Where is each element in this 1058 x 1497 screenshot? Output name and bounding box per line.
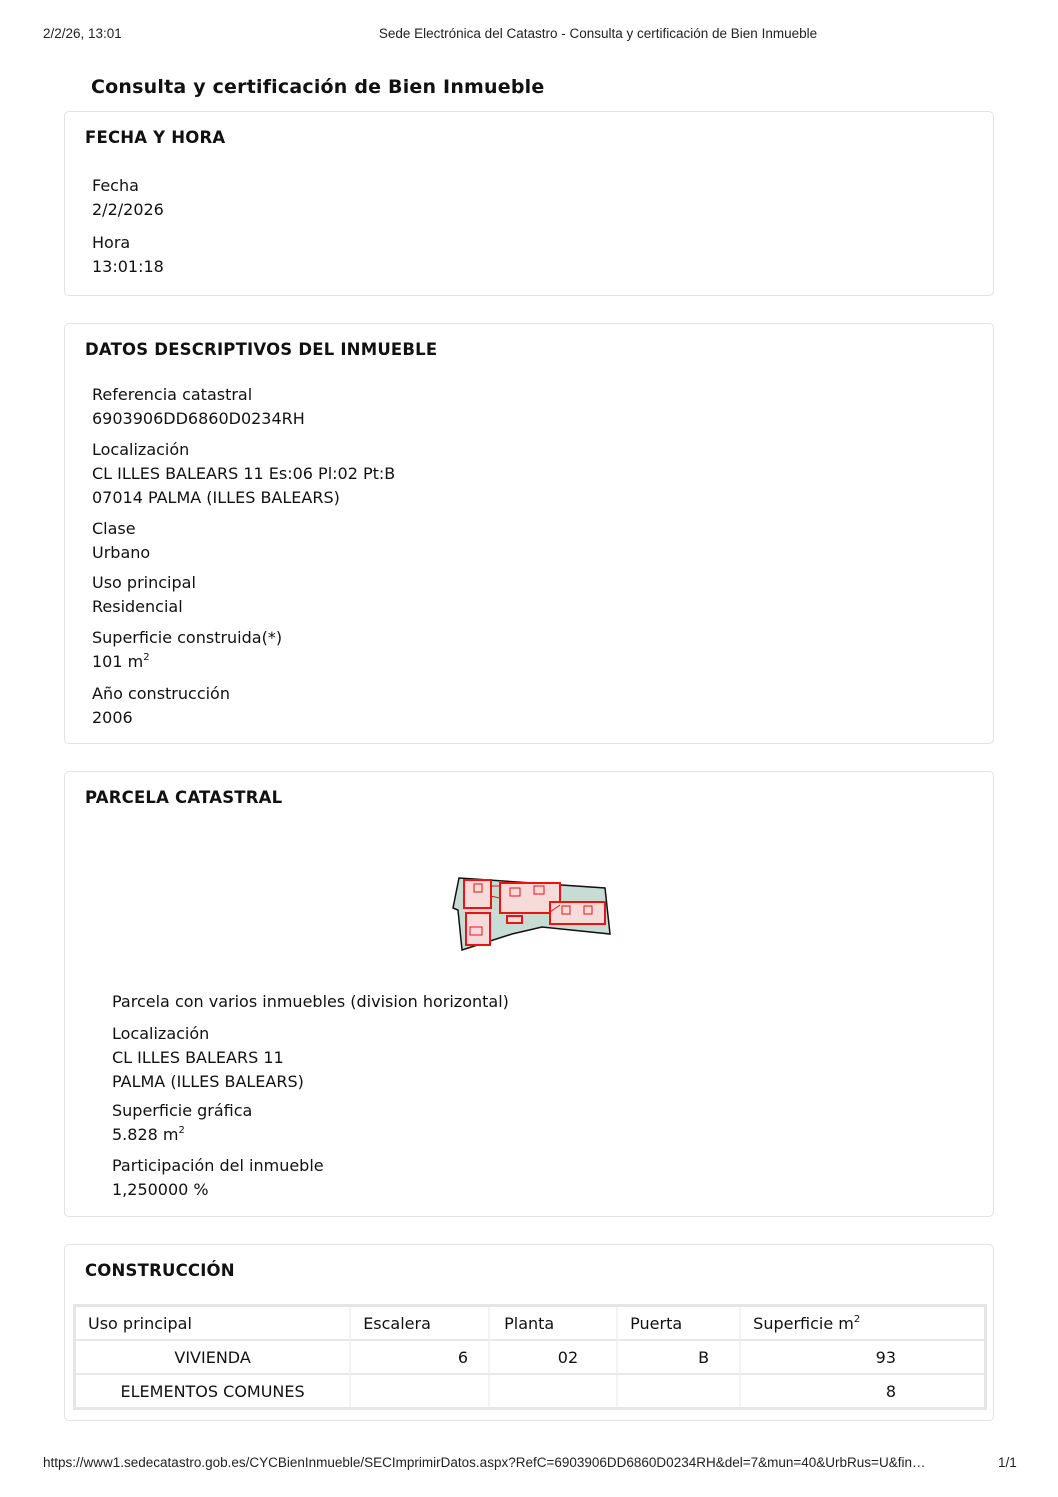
cell-planta <box>490 1375 618 1407</box>
anio-label: Año construcción <box>92 682 230 706</box>
col-puerta: Puerta <box>618 1307 741 1341</box>
parcela-localizacion-line2: PALMA (ILLES BALEARS) <box>112 1070 304 1094</box>
col-superficie: Superficie m2 <box>741 1307 984 1341</box>
hora-field: Hora 13:01:18 <box>92 231 164 279</box>
division-field: Parcela con varios inmuebles (division h… <box>112 990 509 1014</box>
print-header: 2/2/26, 13:01 Sede Electrónica del Catas… <box>0 26 1058 46</box>
localizacion-field: Localización CL ILLES BALEARS 11 Es:06 P… <box>92 438 395 510</box>
participacion-value: 1,250000 % <box>112 1178 324 1202</box>
referencia-field: Referencia catastral 6903906DD6860D0234R… <box>92 383 305 431</box>
localizacion-label: Localización <box>92 438 395 462</box>
anio-field: Año construcción 2006 <box>92 682 230 730</box>
superficie-grafica-field: Superficie gráfica 5.828 m2 <box>112 1099 252 1147</box>
superficie-number: 101 m <box>92 652 143 671</box>
table-row: VIVIENDA 6 02 B 93 <box>76 1341 984 1375</box>
col-superficie-label: Superficie m <box>753 1314 854 1333</box>
uso-value: Residencial <box>92 595 196 619</box>
construccion-heading: CONSTRUCCIÓN <box>85 1261 235 1280</box>
cell-uso: ELEMENTOS COMUNES <box>76 1375 351 1407</box>
cell-superficie: 93 <box>741 1341 984 1375</box>
fecha-label: Fecha <box>92 174 164 198</box>
parcela-heading: PARCELA CATASTRAL <box>85 788 282 807</box>
print-footer: https://www1.sedecatastro.gob.es/CYCBien… <box>0 1455 1058 1475</box>
table-header-row: Uso principal Escalera Planta Puerta Sup… <box>76 1307 984 1341</box>
datos-heading: DATOS DESCRIPTIVOS DEL INMUEBLE <box>85 340 437 359</box>
clase-field: Clase Urbano <box>92 517 150 565</box>
cell-uso: VIVIENDA <box>76 1341 351 1375</box>
fecha-hora-heading: FECHA Y HORA <box>85 128 225 147</box>
superficie-value: 101 m2 <box>92 650 282 674</box>
col-superficie-exponent: 2 <box>854 1314 860 1325</box>
superficie-label: Superficie construida(*) <box>92 626 282 650</box>
clase-value: Urbano <box>92 541 150 565</box>
datos-descriptivos-panel: DATOS DESCRIPTIVOS DEL INMUEBLE Referenc… <box>64 323 994 744</box>
superficie-exponent: 2 <box>143 652 149 663</box>
participacion-label: Participación del inmueble <box>112 1154 324 1178</box>
col-uso-principal: Uso principal <box>76 1307 351 1341</box>
col-planta: Planta <box>490 1307 618 1341</box>
cell-puerta: B <box>618 1341 741 1375</box>
cell-escalera: 6 <box>351 1341 490 1375</box>
parcela-localizacion-label: Localización <box>112 1022 304 1046</box>
page-count: 1/1 <box>998 1455 1017 1470</box>
cell-puerta <box>618 1375 741 1407</box>
parcela-localizacion-line1: CL ILLES BALEARS 11 <box>112 1046 304 1070</box>
localizacion-line1: CL ILLES BALEARS 11 Es:06 Pl:02 Pt:B <box>92 462 395 486</box>
referencia-value: 6903906DD6860D0234RH <box>92 407 305 431</box>
uso-field: Uso principal Residencial <box>92 571 196 619</box>
referencia-label: Referencia catastral <box>92 383 305 407</box>
fecha-field: Fecha 2/2/2026 <box>92 174 164 222</box>
uso-label: Uso principal <box>92 571 196 595</box>
parcela-panel: PARCELA CATASTRAL Parcela con varios inm… <box>64 771 994 1217</box>
print-title: Sede Electrónica del Catastro - Consulta… <box>0 26 1058 41</box>
superficie-grafica-label: Superficie gráfica <box>112 1099 252 1123</box>
cell-planta: 02 <box>490 1341 618 1375</box>
cell-superficie: 8 <box>741 1375 984 1407</box>
localizacion-line2: 07014 PALMA (ILLES BALEARS) <box>92 486 395 510</box>
col-escalera: Escalera <box>351 1307 490 1341</box>
hora-label: Hora <box>92 231 164 255</box>
parcela-localizacion-field: Localización CL ILLES BALEARS 11 PALMA (… <box>112 1022 304 1094</box>
construccion-panel: CONSTRUCCIÓN Uso principal Escalera Plan… <box>64 1244 994 1421</box>
superficie-grafica-exponent: 2 <box>178 1125 184 1136</box>
fecha-hora-panel: FECHA Y HORA Fecha 2/2/2026 Hora 13:01:1… <box>64 111 994 296</box>
print-url: https://www1.sedecatastro.gob.es/CYCBien… <box>43 1455 925 1470</box>
fecha-value: 2/2/2026 <box>92 198 164 222</box>
table-row: ELEMENTOS COMUNES 8 <box>76 1375 984 1407</box>
hora-value: 13:01:18 <box>92 255 164 279</box>
construccion-table: Uso principal Escalera Planta Puerta Sup… <box>73 1304 987 1410</box>
division-text: Parcela con varios inmuebles (division h… <box>112 990 509 1014</box>
superficie-grafica-number: 5.828 m <box>112 1125 178 1144</box>
participacion-field: Participación del inmueble 1,250000 % <box>112 1154 324 1202</box>
superficie-grafica-value: 5.828 m2 <box>112 1123 252 1147</box>
parcel-map-image <box>450 872 620 952</box>
superficie-field: Superficie construida(*) 101 m2 <box>92 626 282 674</box>
clase-label: Clase <box>92 517 150 541</box>
cell-escalera <box>351 1375 490 1407</box>
page-title: Consulta y certificación de Bien Inmuebl… <box>91 76 544 98</box>
anio-value: 2006 <box>92 706 230 730</box>
